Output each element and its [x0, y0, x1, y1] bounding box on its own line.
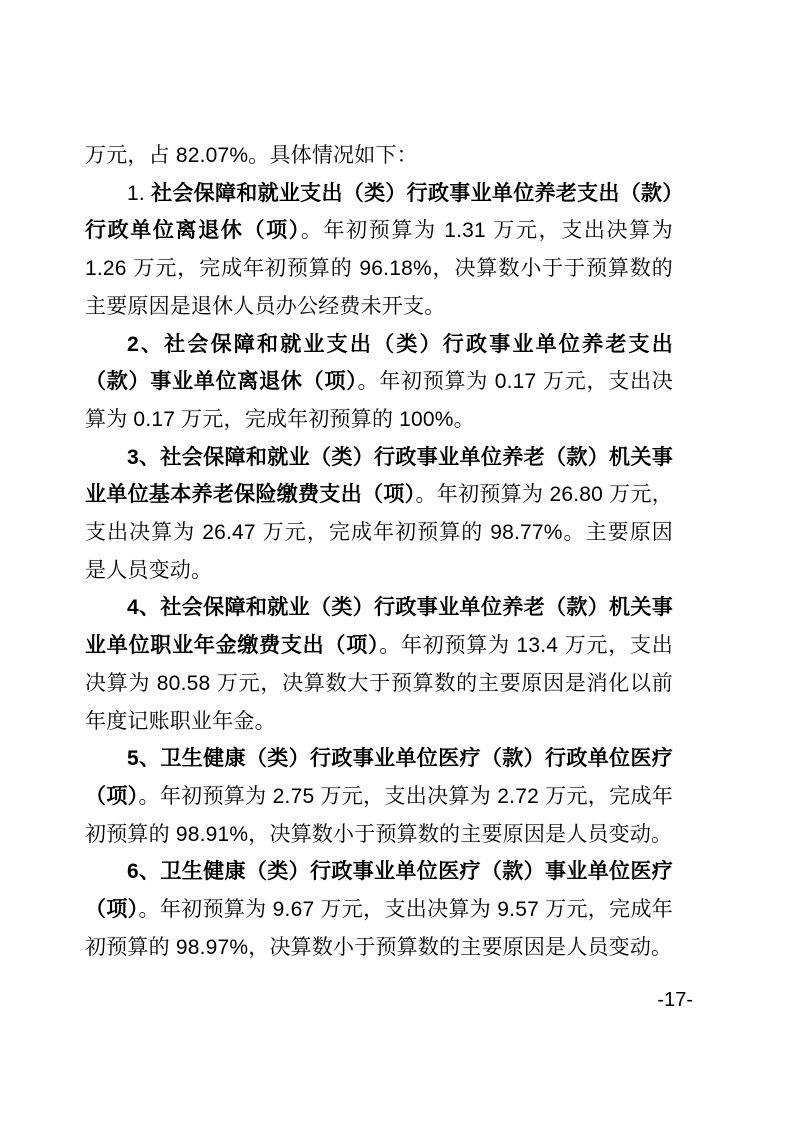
item-4-number: 4、: [127, 596, 160, 619]
item-2-number: 2、: [127, 333, 164, 356]
intro-text: 万元，占 82.07%。具体情况如下：: [85, 144, 418, 167]
paragraph-item-2: 2、社会保障和就业支出（类）行政事业单位养老支出（款）事业单位离退休（项）。年初…: [85, 326, 673, 439]
item-1-number: 1.: [127, 182, 151, 205]
item-3-number: 3、: [127, 446, 160, 469]
item-5-number: 5、: [127, 747, 160, 770]
paragraph-item-1: 1. 社会保障和就业支出（类）行政事业单位养老支出（款）行政单位离退休（项）。年…: [85, 175, 673, 326]
paragraph-item-5: 5、卫生健康（类）行政事业单位医疗（款）行政单位医疗（项）。年初预算为 2.75…: [85, 740, 673, 853]
paragraph-item-4: 4、社会保障和就业（类）行政事业单位养老（款）机关事业单位职业年金缴费支出（项）…: [85, 589, 673, 740]
item-6-number: 6、: [127, 860, 160, 883]
document-page: 万元，占 82.07%。具体情况如下： 1. 社会保障和就业支出（类）行政事业单…: [0, 0, 794, 1122]
item-5-body: 。年初预算为 2.75 万元，支出决算为 2.72 万元，完成年初预算的 98.…: [85, 785, 673, 846]
paragraph-item-6: 6、卫生健康（类）行政事业单位医疗（款）事业单位医疗（项）。年初预算为 9.67…: [85, 853, 673, 966]
paragraph-intro: 万元，占 82.07%。具体情况如下：: [85, 137, 673, 175]
item-6-body: 。年初预算为 9.67 万元，支出决算为 9.57 万元，完成年初预算的 98.…: [85, 898, 673, 959]
page-number: -17-: [85, 986, 693, 1014]
document-text-block: 万元，占 82.07%。具体情况如下： 1. 社会保障和就业支出（类）行政事业单…: [85, 137, 673, 966]
paragraph-item-3: 3、社会保障和就业（类）行政事业单位养老（款）机关事业单位基本养老保险缴费支出（…: [85, 439, 673, 590]
